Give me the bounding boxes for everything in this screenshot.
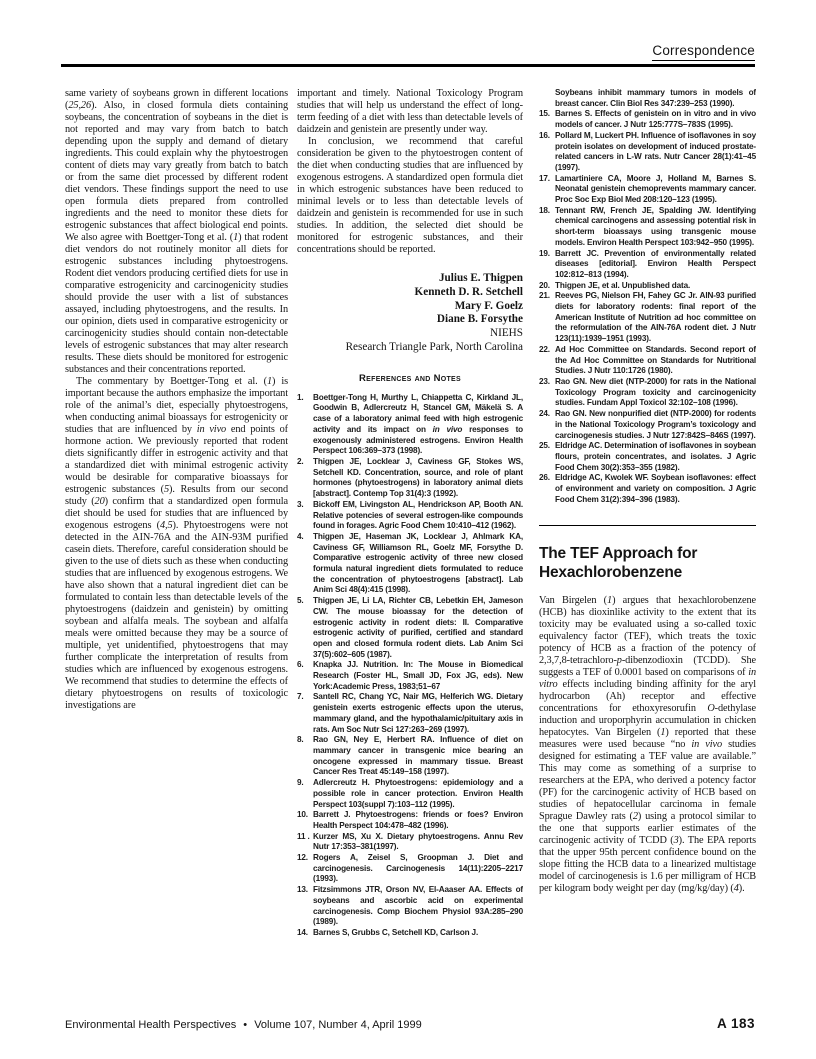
reference-text: Eldridge AC. Determination of isoflavone… xyxy=(555,441,756,473)
reference-text: Boettger-Tong H, Murthy L, Chiappetta C,… xyxy=(313,393,523,457)
reference-item: 9. Adlercreutz H. Phytoestrogens: epidem… xyxy=(297,778,523,810)
reference-item: 5. Thigpen JE, Li LA, Richter CB, Lebetk… xyxy=(297,596,523,660)
page-number: A 183 xyxy=(717,1016,755,1031)
reference-text: Rogers A, Zeisel S, Groopman J. Diet and… xyxy=(313,853,523,885)
reference-text: Rao GN. New nonpurified diet (NTP-2000) … xyxy=(555,409,756,441)
reference-item: 21. Reeves PG, Nielson FH, Fahey GC Jr. … xyxy=(539,291,756,345)
letter-paragraph: Van Birgelen (1) argues that hexachlorob… xyxy=(539,595,756,895)
column-2: important and timely. National Toxicolog… xyxy=(297,88,523,1012)
reference-number: 15. xyxy=(539,109,555,130)
reference-item: 25. Eldridge AC. Determination of isofla… xyxy=(539,441,756,473)
reference-item: 8. Rao GN, Ney E, Herbert RA. Influence … xyxy=(297,735,523,778)
reference-text: Santell RC, Chang YC, Nair MG, Helferich… xyxy=(313,692,523,735)
reference-text: Thigpen JE, Haseman JK, Locklear J, Ahlm… xyxy=(313,532,523,596)
reference-number: 17. xyxy=(539,174,555,206)
letter-paragraph: important and timely. National Toxicolog… xyxy=(297,88,523,136)
column-3: Soybeans inhibit mammary tumors in model… xyxy=(539,88,756,1012)
reference-text: Tennant RW, French JE, Spalding JW. Iden… xyxy=(555,206,756,249)
section-divider xyxy=(539,525,756,526)
reference-item: 6. Knapka JJ. Nutrition. In: The Mouse i… xyxy=(297,660,523,692)
reference-number: 1. xyxy=(297,393,313,457)
reference-item: 26. Eldridge AC, Kwolek WF. Soybean isof… xyxy=(539,473,756,505)
reference-text: Bickoff EM, Livingston AL, Hendrickson A… xyxy=(313,500,523,532)
reference-number: 19. xyxy=(539,249,555,281)
reference-text: Kurzer MS, Xu X. Dietary phytoestrogens.… xyxy=(313,832,523,853)
journal-name: Environmental Health Perspectives xyxy=(65,1019,240,1031)
reference-text: Ad Hoc Committee on Standards. Second re… xyxy=(555,345,756,377)
reference-text: Barrett JC. Prevention of environmentall… xyxy=(555,249,756,281)
issue-info: Volume 107, Number 4, April 1999 xyxy=(254,1019,426,1031)
reference-number: 14. xyxy=(297,928,313,939)
letter-paragraph: same variety of soybeans grown in differ… xyxy=(65,88,288,376)
reference-text: Rao GN. New diet (NTP-2000) for rats in … xyxy=(555,377,756,409)
reference-text: Barnes S. Effects of genistein on in vit… xyxy=(555,109,756,130)
journal-page: Correspondence same variety of soybeans … xyxy=(0,0,816,1059)
reference-number: 13. xyxy=(297,885,313,928)
reference-number: 10. xyxy=(297,810,313,831)
reference-text: Lamartiniere CA, Moore J, Holland M, Bar… xyxy=(555,174,756,206)
reference-item: 24. Rao GN. New nonpurified diet (NTP-20… xyxy=(539,409,756,441)
signature-affiliation: NIEHS xyxy=(297,327,523,341)
reference-item: 20. Thigpen JE, et al. Unpublished data. xyxy=(539,281,756,292)
references-heading: References and Notes xyxy=(297,373,523,384)
reference-item: 18. Tennant RW, French JE, Spalding JW. … xyxy=(539,206,756,249)
section-label: Correspondence xyxy=(652,43,755,61)
footer-journal-line: Environmental Health Perspectives • Volu… xyxy=(65,1019,426,1031)
reference-item: 10. Barrett J. Phytoestrogens: friends o… xyxy=(297,810,523,831)
reference-item: 15. Barnes S. Effects of genistein on in… xyxy=(539,109,756,130)
reference-text: Adlercreutz H. Phytoestrogens: epidemiol… xyxy=(313,778,523,810)
reference-number: 20. xyxy=(539,281,555,292)
reference-number: 2. xyxy=(297,457,313,500)
reference-number: 8. xyxy=(297,735,313,778)
reference-number: 3. xyxy=(297,500,313,532)
reference-number: 6. xyxy=(297,660,313,692)
reference-item: 17. Lamartiniere CA, Moore J, Holland M,… xyxy=(539,174,756,206)
reference-text: Eldridge AC, Kwolek WF. Soybean isoflavo… xyxy=(555,473,756,505)
reference-item: 2. Thigpen JE, Locklear J, Caviness GF, … xyxy=(297,457,523,500)
signature-name: Mary F. Goelz xyxy=(297,300,523,314)
reference-number: 9. xyxy=(297,778,313,810)
reference-number: 24. xyxy=(539,409,555,441)
letter-paragraph: In conclusion, we recommend that careful… xyxy=(297,136,523,256)
reference-number: 7. xyxy=(297,692,313,735)
reference-number: 4. xyxy=(297,532,313,596)
reference-number: 12. xyxy=(297,853,313,885)
reference-text: Thigpen JE, et al. Unpublished data. xyxy=(555,281,756,292)
reference-number: 26. xyxy=(539,473,555,505)
reference-number: 5. xyxy=(297,596,313,660)
signature-affiliation: Research Triangle Park, North Carolina xyxy=(297,341,523,355)
reference-item: 3. Bickoff EM, Livingston AL, Hendrickso… xyxy=(297,500,523,532)
reference-number: 22. xyxy=(539,345,555,377)
reference-number xyxy=(539,88,555,109)
reference-item: 14. Barnes S, Grubbs C, Setchell KD, Car… xyxy=(297,928,523,939)
signature-name: Diane B. Forsythe xyxy=(297,313,523,327)
reference-text: Fitzsimmons JTR, Orson NV, El-Aaaser AA.… xyxy=(313,885,523,928)
reference-item: 12. Rogers A, Zeisel S, Groopman J. Diet… xyxy=(297,853,523,885)
reference-text: Thigpen JE, Li LA, Richter CB, Lebetkin … xyxy=(313,596,523,660)
page-footer: Environmental Health Perspectives • Volu… xyxy=(65,1016,755,1031)
reference-number: 25. xyxy=(539,441,555,473)
footer-bullet: • xyxy=(243,1019,251,1031)
reference-number: 16. xyxy=(539,131,555,174)
signature-block: Julius E. Thigpen Kenneth D. R. Setchell… xyxy=(297,272,523,355)
reference-item: 13. Fitzsimmons JTR, Orson NV, El-Aaaser… xyxy=(297,885,523,928)
letter-title: The TEF Approach for Hexachlorobenzene xyxy=(539,544,756,582)
reference-item: 16. Pollard M, Luckert PH. Influence of … xyxy=(539,131,756,174)
reference-text: Reeves PG, Nielson FH, Fahey GC Jr. AIN-… xyxy=(555,291,756,345)
reference-item: 22. Ad Hoc Committee on Standards. Secon… xyxy=(539,345,756,377)
reference-number: 21. xyxy=(539,291,555,345)
reference-text: Pollard M, Luckert PH. Influence of isof… xyxy=(555,131,756,174)
reference-item: 11 . Kurzer MS, Xu X. Dietary phytoestro… xyxy=(297,832,523,853)
reference-text: Thigpen JE, Locklear J, Caviness GF, Sto… xyxy=(313,457,523,500)
page-header: Correspondence xyxy=(61,42,755,67)
reference-text: Knapka JJ. Nutrition. In: The Mouse in B… xyxy=(313,660,523,692)
reference-item: 19. Barrett JC. Prevention of environmen… xyxy=(539,249,756,281)
signature-name: Julius E. Thigpen xyxy=(297,272,523,286)
reference-item: 7. Santell RC, Chang YC, Nair MG, Helfer… xyxy=(297,692,523,735)
reference-number: 23. xyxy=(539,377,555,409)
reference-text: Barrett J. Phytoestrogens: friends or fo… xyxy=(313,810,523,831)
page-content: same variety of soybeans grown in differ… xyxy=(65,88,756,1012)
reference-number: 18. xyxy=(539,206,555,249)
reference-number: 11 . xyxy=(297,832,313,853)
reference-item: Soybeans inhibit mammary tumors in model… xyxy=(539,88,756,109)
reference-text: Barnes S, Grubbs C, Setchell KD, Carlson… xyxy=(313,928,523,939)
signature-name: Kenneth D. R. Setchell xyxy=(297,286,523,300)
references-list-col3: Soybeans inhibit mammary tumors in model… xyxy=(539,88,756,505)
reference-item: 4. Thigpen JE, Haseman JK, Locklear J, A… xyxy=(297,532,523,596)
letter-paragraph: The commentary by Boettger-Tong et al. (… xyxy=(65,376,288,712)
column-1: same variety of soybeans grown in differ… xyxy=(65,88,288,1012)
reference-item: 1. Boettger-Tong H, Murthy L, Chiappetta… xyxy=(297,393,523,457)
references-list-col2: 1. Boettger-Tong H, Murthy L, Chiappetta… xyxy=(297,393,523,939)
reference-text: Soybeans inhibit mammary tumors in model… xyxy=(555,88,756,109)
reference-text: Rao GN, Ney E, Herbert RA. Influence of … xyxy=(313,735,523,778)
reference-item: 23. Rao GN. New diet (NTP-2000) for rats… xyxy=(539,377,756,409)
